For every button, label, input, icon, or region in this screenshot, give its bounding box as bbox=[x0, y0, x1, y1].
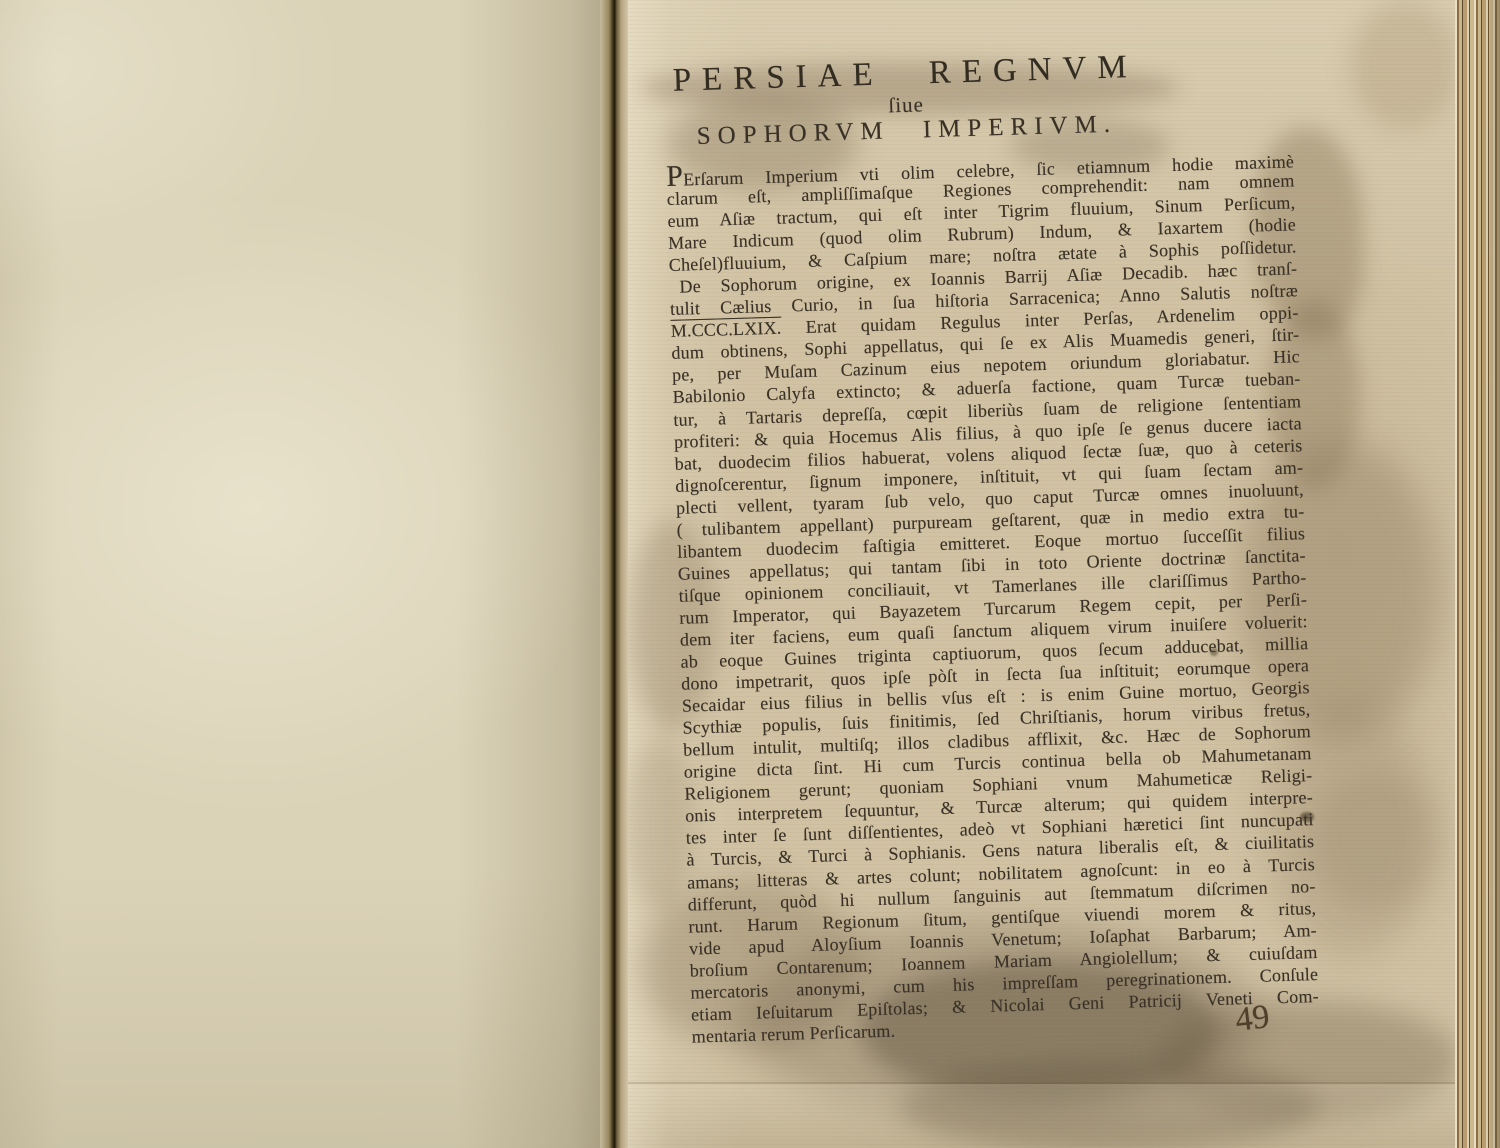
body-text: PErſarum Imperium vti olim celebre, ſic … bbox=[666, 147, 1320, 1047]
title-block: PERSIAE REGNVM ſiue SOPHORVM IMPERIVM. bbox=[615, 47, 1197, 153]
text-segment: mentaria rerum Perſicarum. bbox=[691, 1020, 895, 1046]
text-segment-overline: M.CCC.LXIX. bbox=[670, 318, 781, 341]
page-text: PERSIAE REGNVM ſiue SOPHORVM IMPERIVM. P… bbox=[614, 30, 1335, 1110]
left-blank-page bbox=[0, 0, 600, 1148]
open-book-photo: PERSIAE REGNVM ſiue SOPHORVM IMPERIVM. P… bbox=[0, 0, 1500, 1148]
page-number: 49 bbox=[1233, 998, 1271, 1040]
stacked-page-edges bbox=[1455, 0, 1500, 1148]
